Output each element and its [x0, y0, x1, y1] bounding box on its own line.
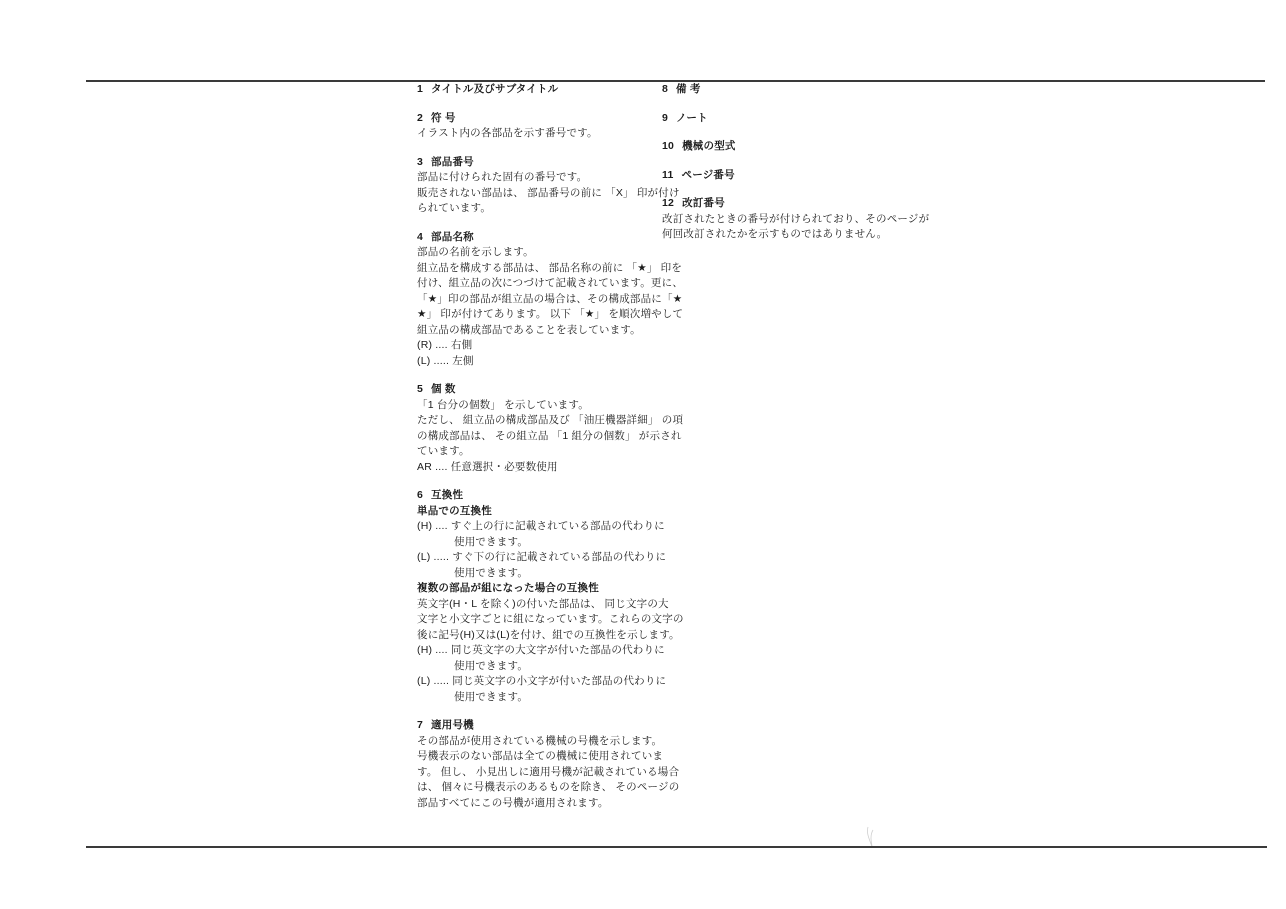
section-number: 1	[417, 82, 423, 98]
text-line: (H) .... すぐ上の行に記載されている部品の代わりに	[417, 519, 669, 535]
text-line: 英文字(H・L を除く)の付いた部品は、 同じ文字の大	[417, 597, 669, 613]
section-title: ページ番号	[682, 169, 735, 181]
section-title: 機械の型式	[682, 140, 736, 152]
section-heading: 5個 数	[417, 382, 669, 398]
section-number: 4	[417, 230, 423, 246]
section-title: 個 数	[431, 383, 456, 395]
section-number: 8	[662, 82, 668, 98]
text-line: ています。	[417, 444, 669, 460]
text-line: 部品に付けられた固有の番号です。	[417, 170, 669, 186]
text-line: (L) ..... 同じ英文字の小文字が付いた部品の代わりに	[417, 674, 669, 690]
section-10: 10機械の型式	[662, 139, 952, 155]
section-6: 6互換性単品での互換性(H) .... すぐ上の行に記載されている部品の代わりに…	[417, 488, 669, 705]
text-line: 号機表示のない部品は全ての機械に使用されていま	[417, 749, 669, 765]
scan-artifact	[864, 826, 878, 848]
section-heading: 11ページ番号	[662, 168, 952, 184]
section-title: 符 号	[431, 112, 456, 124]
text-line: 使用できます。	[417, 535, 669, 551]
section-heading: 7適用号機	[417, 718, 669, 734]
text-line: 単品での互換性	[417, 504, 669, 520]
section-title: タイトル及びサブタイトル	[431, 83, 558, 95]
text-line: 改訂されたときの番号が付けられており、そのページが	[662, 212, 952, 228]
section-number: 9	[662, 111, 668, 127]
section-title: 適用号機	[431, 719, 474, 731]
section-5: 5個 数「1 台分の個数」 を示しています。ただし、 組立品の構成部品及び 「油…	[417, 382, 669, 475]
text-line: イラスト内の各部品を示す番号です。	[417, 126, 669, 142]
text-line: AR .... 任意選択・必要数使用	[417, 460, 669, 476]
text-line: られています。	[417, 201, 669, 217]
text-line: 組立品を構成する部品は、 部品名称の前に 「★」 印を	[417, 261, 669, 277]
text-line: 販売されない部品は、 部品番号の前に 「X」 印が付け	[417, 186, 669, 202]
text-line: (L) ..... 左側	[417, 354, 669, 370]
section-4: 4部品名称部品の名前を示します。組立品を構成する部品は、 部品名称の前に 「★」…	[417, 230, 669, 370]
section-1: 1タイトル及びサブタイトル	[417, 82, 669, 98]
section-9: 9ノート	[662, 111, 952, 127]
text-line: 部品の名前を示します。	[417, 245, 669, 261]
text-line: (R) .... 右側	[417, 338, 669, 354]
section-3: 3部品番号部品に付けられた固有の番号です。販売されない部品は、 部品番号の前に …	[417, 155, 669, 217]
text-line: 付け、組立品の次につづけて記載されています。更に、	[417, 276, 669, 292]
text-line: 複数の部品が組になった場合の互換性	[417, 581, 669, 597]
text-line: 後に記号(H)又は(L)を付け、組での互換性を示します。	[417, 628, 669, 644]
bottom-rule	[86, 846, 1267, 848]
section-heading: 6互換性	[417, 488, 669, 504]
section-title: 部品番号	[431, 156, 474, 168]
section-11: 11ページ番号	[662, 168, 952, 184]
text-line: 部品すべてにこの号機が適用されます。	[417, 796, 669, 812]
section-number: 7	[417, 718, 423, 734]
section-title: 互換性	[431, 489, 463, 501]
section-title: 部品名称	[431, 231, 474, 243]
text-line: 文字と小文字ごとに組になっています。これらの文字の	[417, 612, 669, 628]
section-heading: 9ノート	[662, 111, 952, 127]
text-line: 組立品の構成部品であることを表しています。	[417, 323, 669, 339]
text-line: は、 個々に号機表示のあるものを除き、 そのページの	[417, 780, 669, 796]
section-heading: 2符 号	[417, 111, 669, 127]
section-number: 12	[662, 196, 674, 212]
section-2: 2符 号イラスト内の各部品を示す番号です。	[417, 111, 669, 142]
section-heading: 1タイトル及びサブタイトル	[417, 82, 669, 98]
section-12: 12改訂番号改訂されたときの番号が付けられており、そのページが何回改訂されたかを…	[662, 196, 952, 243]
right-column: 8備 考9ノート10機械の型式11ページ番号12改訂番号改訂されたときの番号が付…	[662, 82, 952, 256]
text-line: す。 但し、 小見出しに適用号機が記載されている場合	[417, 765, 669, 781]
section-heading: 3部品番号	[417, 155, 669, 171]
section-number: 11	[662, 168, 674, 184]
text-line: 「★」印の部品が組立品の場合は、その構成部品に「★	[417, 292, 669, 308]
section-8: 8備 考	[662, 82, 952, 98]
section-heading: 4部品名称	[417, 230, 669, 246]
text-line: 「1 台分の個数」 を示しています。	[417, 398, 669, 414]
text-line: (L) ..... すぐ下の行に記載されている部品の代わりに	[417, 550, 669, 566]
text-line: その部品が使用されている機械の号機を示します。	[417, 734, 669, 750]
text-line: の構成部品は、 その組立品 「1 組分の個数」 が示され	[417, 429, 669, 445]
section-title: ノート	[676, 112, 708, 124]
text-line: 何回改訂されたかを示すものではありません。	[662, 227, 952, 243]
manual-page: 1タイトル及びサブタイトル2符 号イラスト内の各部品を示す番号です。3部品番号部…	[0, 0, 1286, 909]
section-7: 7適用号機その部品が使用されている機械の号機を示します。号機表示のない部品は全て…	[417, 718, 669, 811]
section-title: 改訂番号	[682, 197, 725, 209]
section-number: 3	[417, 155, 423, 171]
section-number: 10	[662, 139, 674, 155]
section-heading: 8備 考	[662, 82, 952, 98]
section-heading: 10機械の型式	[662, 139, 952, 155]
text-line: 使用できます。	[417, 690, 669, 706]
left-column: 1タイトル及びサブタイトル2符 号イラスト内の各部品を示す番号です。3部品番号部…	[417, 82, 669, 824]
text-line: ★」 印が付けてあります。 以下 「★」 を順次増やして	[417, 307, 669, 323]
text-line: 使用できます。	[417, 566, 669, 582]
section-number: 2	[417, 111, 423, 127]
section-heading: 12改訂番号	[662, 196, 952, 212]
section-number: 6	[417, 488, 423, 504]
section-number: 5	[417, 382, 423, 398]
text-line: 使用できます。	[417, 659, 669, 675]
section-title: 備 考	[676, 83, 701, 95]
text-line: (H) .... 同じ英文字の大文字が付いた部品の代わりに	[417, 643, 669, 659]
text-line: ただし、 組立品の構成部品及び 「油圧機器詳細」 の項	[417, 413, 669, 429]
